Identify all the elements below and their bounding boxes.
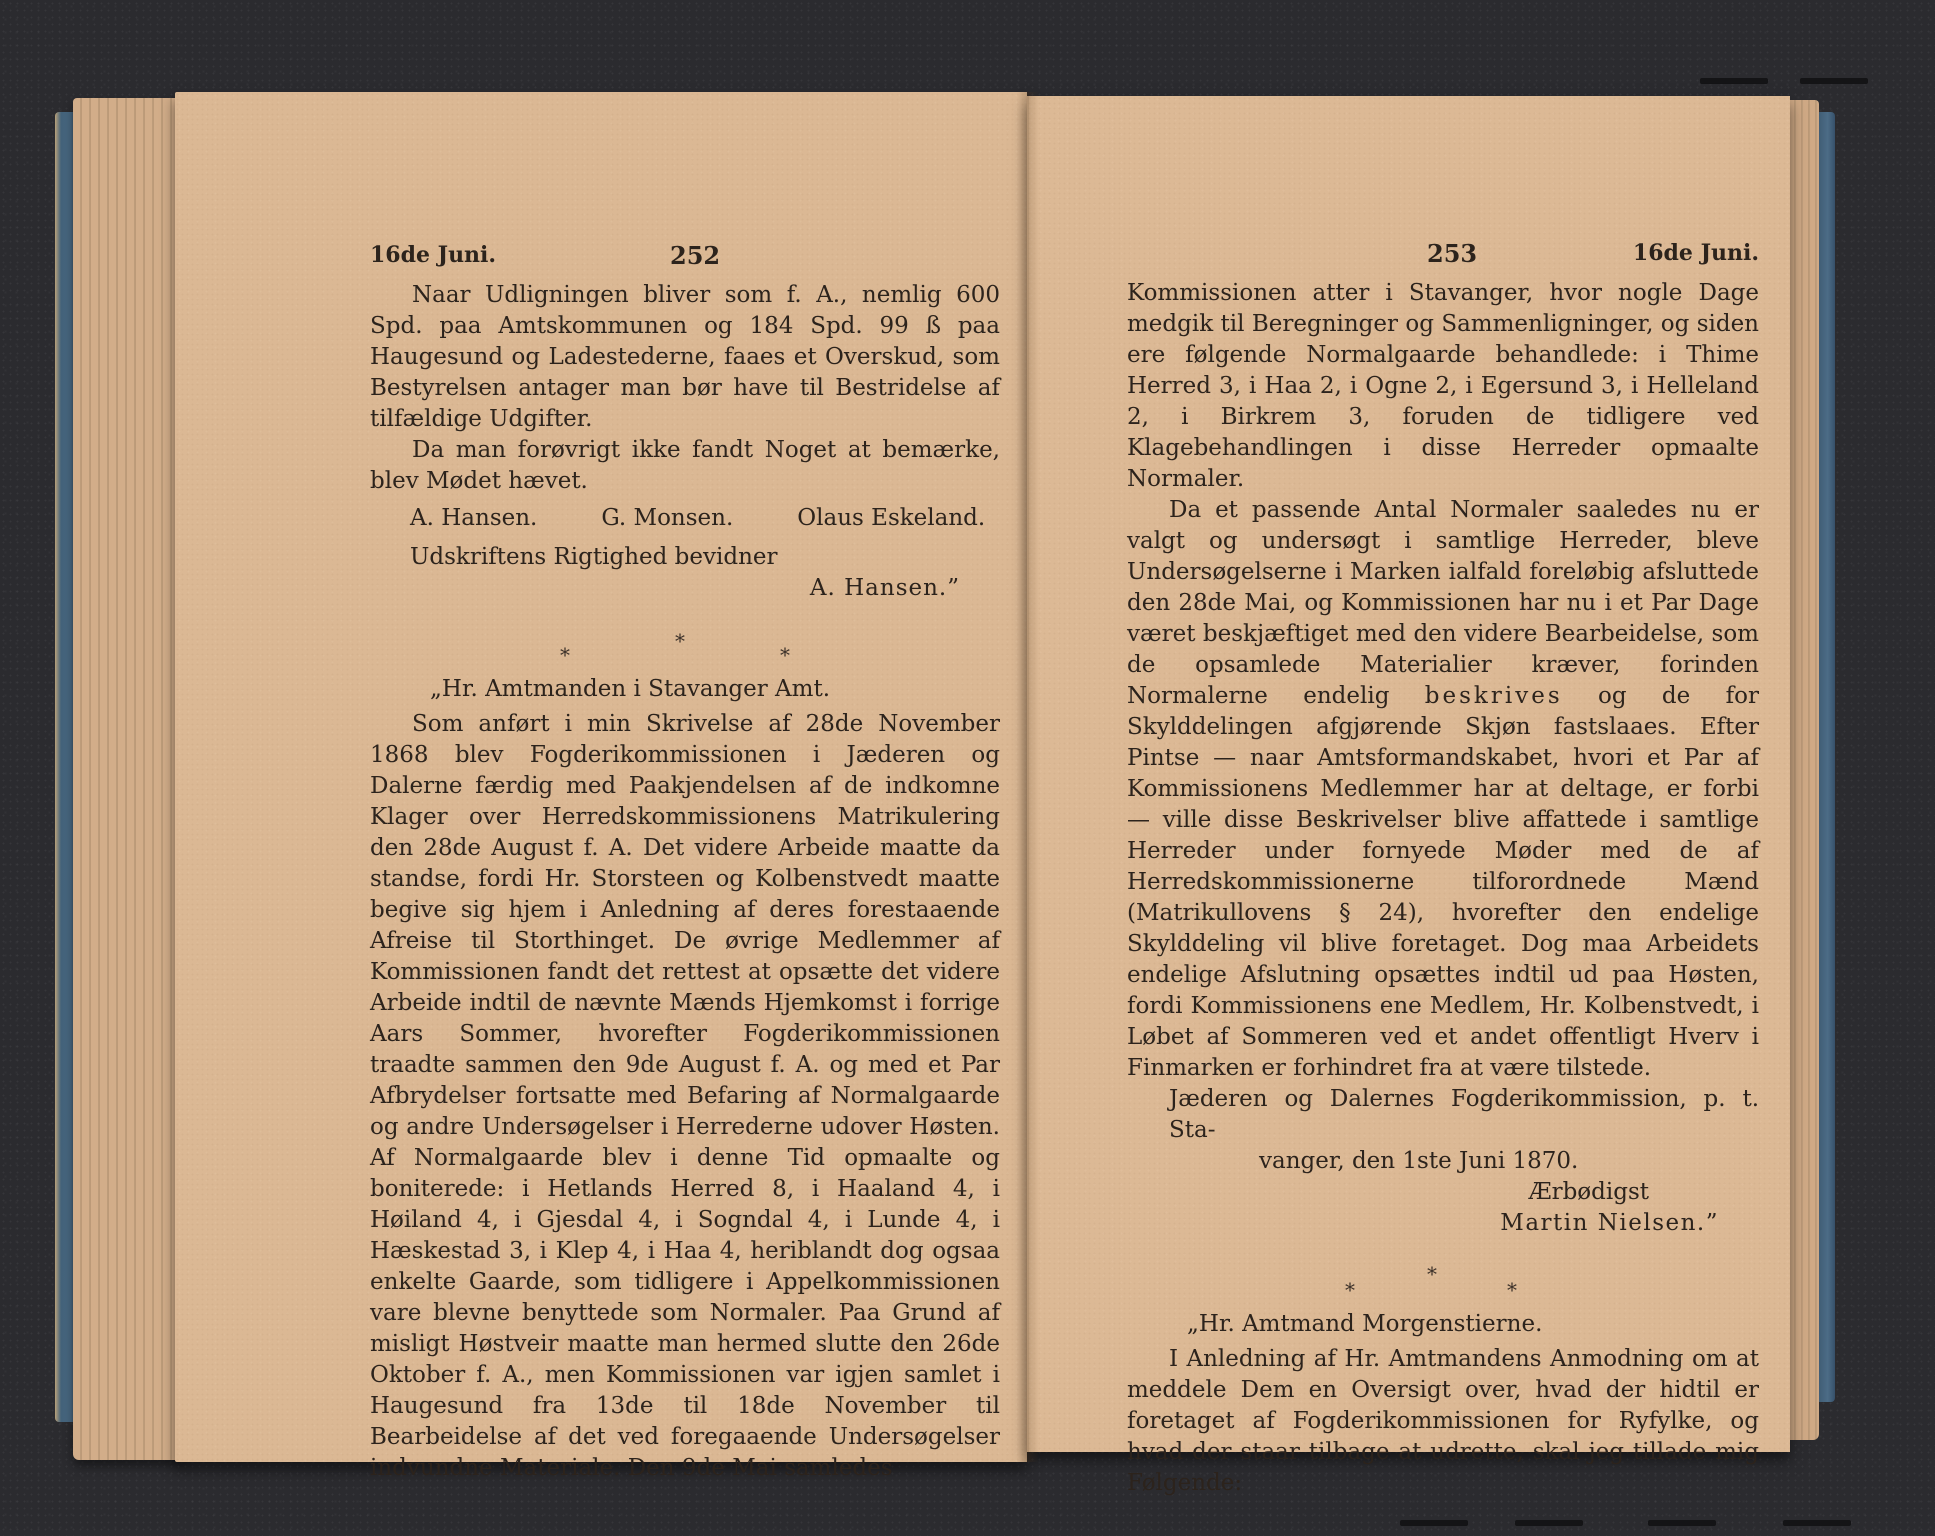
running-head-left: 16de Juni. 252 bbox=[370, 240, 1000, 280]
paragraph: Da man forøvrigt ikke fandt Noget at bem… bbox=[370, 435, 1000, 497]
page-number: 252 bbox=[670, 240, 720, 271]
scanner-marks-bottom bbox=[0, 1520, 1935, 1528]
paragraph: Som anført i min Skrivelse af 28de Novem… bbox=[370, 709, 1000, 1484]
attestation: Udskriftens Rigtighed bevidner bbox=[370, 542, 1000, 573]
place-and-date: Jæderen og Dalernes Fogderikommission, p… bbox=[1127, 1084, 1759, 1177]
open-book: 16de Juni. 252 Naar Udligningen bliver s… bbox=[55, 92, 1835, 1462]
running-head-date: 16de Juni. bbox=[370, 240, 496, 271]
book-cover-left bbox=[55, 112, 75, 1422]
book-cover-right bbox=[1817, 112, 1835, 1402]
running-head-right: 253 16de Juni. bbox=[1127, 238, 1759, 278]
letter-closing: Ærbødigst bbox=[1127, 1177, 1759, 1208]
letter-salutation: „Hr. Amtmanden i Stavanger Amt. bbox=[370, 674, 1000, 705]
paragraph: Kommissionen atter i Stavanger, hvor nog… bbox=[1127, 278, 1759, 495]
page-stack-right bbox=[1789, 100, 1819, 1440]
running-head-date: 16de Juni. bbox=[1633, 238, 1759, 269]
paragraph-text: Da et passende Antal Normaler saaledes n… bbox=[1127, 497, 1759, 709]
asterisk: * bbox=[1427, 1259, 1437, 1290]
emphasized-word: beskrives bbox=[1425, 683, 1563, 709]
paragraph: I Anledning af Hr. Amtmandens Anmodning … bbox=[1127, 1344, 1759, 1499]
scanner-marks-top bbox=[0, 78, 1935, 86]
asterisk: * bbox=[560, 640, 570, 671]
signature-list: A. Hansen. G. Monsen. Olaus Eskeland. bbox=[370, 503, 1000, 534]
place-date-line: vanger, den 1ste Juni 1870. bbox=[1169, 1146, 1759, 1177]
asterisk: * bbox=[780, 640, 790, 671]
page-stack-left bbox=[73, 98, 183, 1460]
page-number: 253 bbox=[1427, 238, 1477, 269]
page-left: 16de Juni. 252 Naar Udligningen bliver s… bbox=[175, 92, 1027, 1462]
signature: A. Hansen. bbox=[410, 503, 537, 534]
letter-signer: Martin Nielsen.” bbox=[1127, 1208, 1759, 1239]
letter-salutation: „Hr. Amtmand Morgenstierne. bbox=[1127, 1309, 1759, 1340]
left-page-text: 16de Juni. 252 Naar Udligningen bliver s… bbox=[370, 240, 1000, 1484]
paragraph: Naar Udligningen bliver som f. A., nemli… bbox=[370, 280, 1000, 435]
page-right: 253 16de Juni. Kommissionen atter i Stav… bbox=[1027, 96, 1790, 1452]
paragraph: Da et passende Antal Normaler saaledes n… bbox=[1127, 495, 1759, 1084]
section-divider-asterisks: * * * bbox=[370, 618, 1000, 668]
attestation-signer: A. Hansen.” bbox=[370, 573, 1000, 604]
section-divider-asterisks: * * * bbox=[1127, 1253, 1759, 1303]
asterisk: * bbox=[1507, 1275, 1517, 1306]
asterisk: * bbox=[675, 626, 685, 657]
paragraph-text: og de for Skylddelingen afgjørende Skjøn… bbox=[1127, 683, 1759, 1081]
signature: Olaus Eskeland. bbox=[797, 503, 985, 534]
signature: G. Monsen. bbox=[601, 503, 733, 534]
book-gutter bbox=[1017, 92, 1039, 1462]
place-date-line: Jæderen og Dalernes Fogderikommission, p… bbox=[1169, 1086, 1759, 1143]
right-page-text: 253 16de Juni. Kommissionen atter i Stav… bbox=[1127, 238, 1759, 1499]
asterisk: * bbox=[1345, 1275, 1355, 1306]
